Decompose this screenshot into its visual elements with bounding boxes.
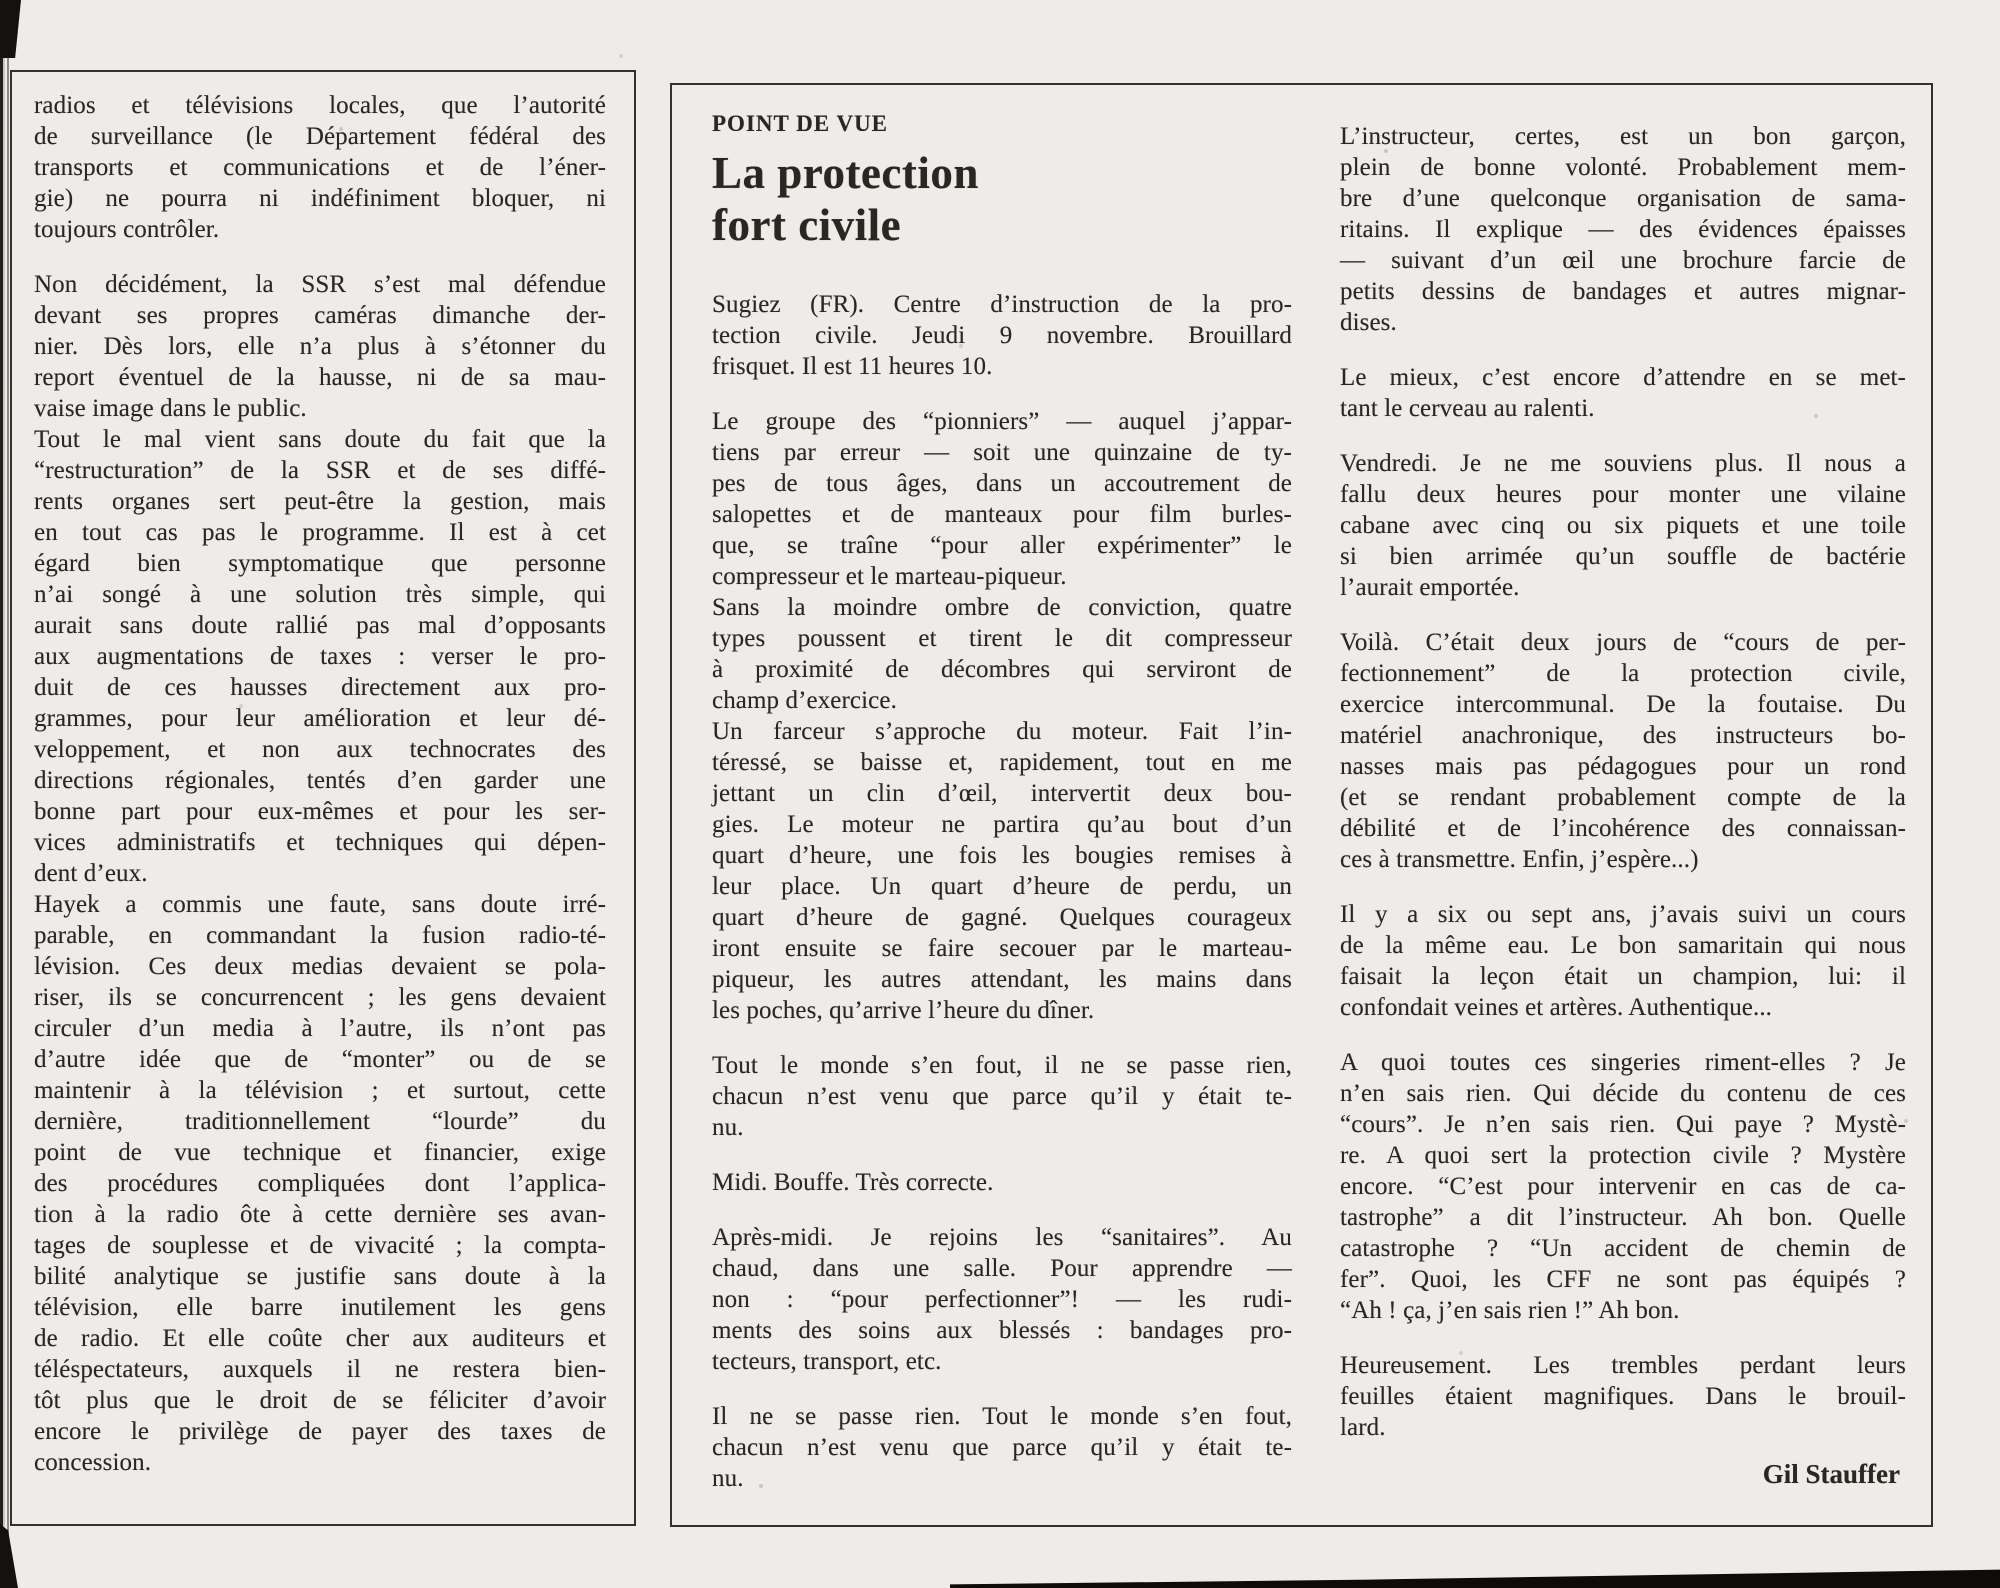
text-line: duit de ces hausses directement aux pro- — [34, 672, 606, 703]
text-line: chaud, dans une salle. Pour apprendre — — [712, 1253, 1292, 1284]
text-line: salopettes et de manteaux pour film burl… — [712, 499, 1292, 530]
text-line: catastrophe ? “Un accident de chemin de — [1340, 1233, 1906, 1264]
text-line: “cours”. Je n’en sais rien. Qui paye ? M… — [1340, 1109, 1906, 1140]
text-line: aurait sans doute rallié pas mal d’oppos… — [34, 610, 606, 641]
text-line: nasses mais pas pédagogues pour un rond — [1340, 751, 1906, 782]
byline: Gil Stauffer — [1340, 1459, 1906, 1490]
text-line: fectionnement” de la protection civile, — [1340, 658, 1906, 689]
text-line: tôt plus que le droit de se féliciter d’… — [34, 1385, 606, 1416]
text-line: point de vue technique et financier, exi… — [34, 1137, 606, 1168]
text-line: que, se traîne “pour aller expérimenter”… — [712, 530, 1292, 561]
text-line: lard. — [1340, 1412, 1906, 1443]
article-second-column: L’instructeur, certes, est un bon garçon… — [1340, 109, 1906, 1525]
paragraph: A quoi toutes ces singeries riment-elles… — [1340, 1047, 1906, 1326]
text-line: ritains. Il explique — des évidences épa… — [1340, 214, 1906, 245]
text-line: jettant un clin d’œil, intervertit deux … — [712, 778, 1292, 809]
kicker-point-de-vue: POINT DE VUE — [712, 111, 1292, 137]
text-line: veloppement, et non aux technocrates des — [34, 734, 606, 765]
text-line: vaise image dans le public. — [34, 393, 606, 424]
paragraph: Sugiez (FR). Centre d’instruction de la … — [712, 289, 1292, 382]
text-line: chacun n’est venu que parce qu’il y étai… — [712, 1081, 1292, 1112]
text-line: tion à la radio ôte à cette dernière ses… — [34, 1199, 606, 1230]
text-line: Hayek a commis une faute, sans doute irr… — [34, 889, 606, 920]
text-line: Tout le mal vient sans doute du fait que… — [34, 424, 606, 455]
text-line: Non décidément, la SSR s’est mal défendu… — [34, 269, 606, 300]
text-line: dises. — [1340, 307, 1906, 338]
text-line: lévision. Ces deux medias devaient se po… — [34, 951, 606, 982]
text-line: téléspectateurs, auxquels il ne restera … — [34, 1354, 606, 1385]
text-line: — suivant d’un œil une brochure farcie d… — [1340, 245, 1906, 276]
text-line: bilité analytique se justifie sans doute… — [34, 1261, 606, 1292]
text-line: tastrophe” a dit l’instructeur. Ah bon. … — [1340, 1202, 1906, 1233]
scan-bottom-bar-artifact — [950, 1568, 2000, 1588]
text-line: nu. — [712, 1112, 1292, 1143]
text-line: Midi. Bouffe. Très correcte. — [712, 1167, 1292, 1198]
text-line: nier. Dès lors, elle n’a plus à s’étonne… — [34, 331, 606, 362]
text-line: maintenir à la télévision ; et surtout, … — [34, 1075, 606, 1106]
text-line: gies. Le moteur ne partira qu’au bout d’… — [712, 809, 1292, 840]
text-line: confondait veines et artères. Authentiqu… — [1340, 992, 1906, 1023]
text-line: transports et communications et de l’éne… — [34, 152, 606, 183]
text-line: n’ai songé à une solution très simple, q… — [34, 579, 606, 610]
text-line: télévision, elle barre inutilement les g… — [34, 1292, 606, 1323]
text-line: nu. — [712, 1463, 1292, 1494]
text-line: frisquet. Il est 11 heures 10. — [712, 351, 1292, 382]
text-line: “Ah ! ça, j’en sais rien !” Ah bon. — [1340, 1295, 1906, 1326]
text-line: non : “pour perfectionner”! — les rudi- — [712, 1284, 1292, 1315]
paragraph: Hayek a commis une faute, sans doute irr… — [34, 889, 606, 1478]
text-line: tages de souplesse et de vivacité ; la c… — [34, 1230, 606, 1261]
text-line: ces à transmettre. Enfin, j’espère...) — [1340, 844, 1906, 875]
text-line: leur place. Un quart d’heure de perdu, u… — [712, 871, 1292, 902]
text-line: fallu deux heures pour monter une vilain… — [1340, 479, 1906, 510]
paragraph: Sans la moindre ombre de conviction, qua… — [712, 592, 1292, 716]
text-line: riser, ils se concurrencent ; les gens d… — [34, 982, 606, 1013]
text-line: matériel anachronique, des instructeurs … — [1340, 720, 1906, 751]
text-line: Voilà. C’était deux jours de “cours de p… — [1340, 627, 1906, 658]
article-title-line2: fort civile — [712, 200, 901, 250]
text-line: des procédures compliquées dont l’applic… — [34, 1168, 606, 1199]
text-line: tecteurs, transport, etc. — [712, 1346, 1292, 1377]
text-line: de surveillance (le Département fédéral … — [34, 121, 606, 152]
paragraph: radios et télévisions locales, que l’aut… — [34, 90, 606, 245]
text-line: faisait la leçon était un champion, lui:… — [1340, 961, 1906, 992]
text-line: Après-midi. Je rejoins les “sanitaires”.… — [712, 1222, 1292, 1253]
paragraph: Tout le mal vient sans doute du fait que… — [34, 424, 606, 889]
paragraph: Le groupe des “pionniers” — auquel j’app… — [712, 406, 1292, 592]
text-line: n’en sais rien. Qui décide du contenu de… — [1340, 1078, 1906, 1109]
text-line: report éventuel de la hausse, ni de sa m… — [34, 362, 606, 393]
text-line: dent d’eux. — [34, 858, 606, 889]
text-line: Tout le monde s’en fout, il ne se passe … — [712, 1050, 1292, 1081]
text-line: chacun n’est venu que parce qu’il y étai… — [712, 1432, 1292, 1463]
scanned-newspaper-page: radios et télévisions locales, que l’aut… — [0, 0, 2000, 1588]
text-line: gie) ne pourra ni indéfiniment bloquer, … — [34, 183, 606, 214]
text-line: petits dessins de bandages et autres mig… — [1340, 276, 1906, 307]
article-second-column-body: L’instructeur, certes, est un bon garçon… — [1340, 121, 1906, 1443]
text-line: tiens par erreur — soit une quinzaine de… — [712, 437, 1292, 468]
left-article-box: radios et télévisions locales, que l’aut… — [10, 70, 636, 1526]
text-line: L’instructeur, certes, est un bon garçon… — [1340, 121, 1906, 152]
text-line: Heureusement. Les trembles perdant leurs — [1340, 1350, 1906, 1381]
paragraph: Le mieux, c’est encore d’attendre en se … — [1340, 362, 1906, 424]
text-line: “restructuration” de la SSR et de ses di… — [34, 455, 606, 486]
text-line: re. A quoi sert la protection civile ? M… — [1340, 1140, 1906, 1171]
text-line: à proximité de décombres qui serviront d… — [712, 654, 1292, 685]
text-line: l’aurait emportée. — [1340, 572, 1906, 603]
paragraph: Il ne se passe rien. Tout le monde s’en … — [712, 1401, 1292, 1494]
text-line: quart d’heure de gagné. Quelques courage… — [712, 902, 1292, 933]
point-de-vue-article-box: POINT DE VUE La protectionfort civile Su… — [670, 83, 1933, 1527]
paragraph: Tout le monde s’en fout, il ne se passe … — [712, 1050, 1292, 1143]
paragraph: Heureusement. Les trembles perdant leurs… — [1340, 1350, 1906, 1443]
text-line: Vendredi. Je ne me souviens plus. Il nou… — [1340, 448, 1906, 479]
text-line: radios et télévisions locales, que l’aut… — [34, 90, 606, 121]
text-line: Sugiez (FR). Centre d’instruction de la … — [712, 289, 1292, 320]
text-line: ments des soins aux blessés : bandages p… — [712, 1315, 1292, 1346]
paragraph: Il y a six ou sept ans, j’avais suivi un… — [1340, 899, 1906, 1023]
text-line: grammes, pour leur amélioration et leur … — [34, 703, 606, 734]
text-line: compresseur et le marteau-piqueur. — [712, 561, 1292, 592]
text-line: A quoi toutes ces singeries riment-elles… — [1340, 1047, 1906, 1078]
text-line: encore le privilège de payer des taxes d… — [34, 1416, 606, 1447]
text-line: exercice intercommunal. De la foutaise. … — [1340, 689, 1906, 720]
text-line: de la même eau. Le bon samaritain qui no… — [1340, 930, 1906, 961]
paper-speckles — [0, 0, 2, 2]
text-line: champ d’exercice. — [712, 685, 1292, 716]
text-line: de radio. Et elle coûte cher aux auditeu… — [34, 1323, 606, 1354]
text-line: les poches, qu’arrive l’heure du dîner. — [712, 995, 1292, 1026]
text-line: Le mieux, c’est encore d’attendre en se … — [1340, 362, 1906, 393]
text-line: tection civile. Jeudi 9 novembre. Brouil… — [712, 320, 1292, 351]
left-article-column: radios et télévisions locales, que l’aut… — [34, 90, 606, 1478]
text-line: tant le cerveau au ralenti. — [1340, 393, 1906, 424]
text-line: Le groupe des “pionniers” — auquel j’app… — [712, 406, 1292, 437]
text-line: téressé, se baisse et, rapidement, tout … — [712, 747, 1292, 778]
text-line: circuler d’un media à l’autre, ils n’ont… — [34, 1013, 606, 1044]
text-line: (et se rendant probablement compte de la — [1340, 782, 1906, 813]
text-line: feuilles étaient magnifiques. Dans le br… — [1340, 1381, 1906, 1412]
text-line: d’autre idée que de “monter” ou de se — [34, 1044, 606, 1075]
paragraph: Midi. Bouffe. Très correcte. — [712, 1167, 1292, 1198]
paragraph: Non décidément, la SSR s’est mal défendu… — [34, 269, 606, 424]
paragraph: L’instructeur, certes, est un bon garçon… — [1340, 121, 1906, 338]
text-line: iront ensuite se faire secouer par le ma… — [712, 933, 1292, 964]
scan-corner-ink-blob — [0, 0, 21, 58]
text-line: bre d’une quelconque organisation de sam… — [1340, 183, 1906, 214]
text-line: plein de bonne volonté. Probablement mem… — [1340, 152, 1906, 183]
paragraph: Vendredi. Je ne me souviens plus. Il nou… — [1340, 448, 1906, 603]
text-line: dernière, traditionnellement “lourde” du — [34, 1106, 606, 1137]
text-line: vices administratifs et techniques qui d… — [34, 827, 606, 858]
text-line: types poussent et tirent le dit compress… — [712, 623, 1292, 654]
text-line: fer”. Quoi, les CFF ne sont pas équipés … — [1340, 1264, 1906, 1295]
text-line: encore. “C’est pour intervenir en cas de… — [1340, 1171, 1906, 1202]
article-title-line1: La protection — [712, 148, 979, 198]
text-line: Un farceur s’approche du moteur. Fait l’… — [712, 716, 1292, 747]
text-line: bonne part pour eux-mêmes et pour les se… — [34, 796, 606, 827]
text-line: cabane avec cinq ou six piquets et une t… — [1340, 510, 1906, 541]
text-line: parable, en commandant la fusion radio-t… — [34, 920, 606, 951]
text-line: rents organes sert peut-être la gestion,… — [34, 486, 606, 517]
text-line: devant ses propres caméras dimanche der- — [34, 300, 606, 331]
text-line: débilité et de l’incohérence des connais… — [1340, 813, 1906, 844]
paragraph: Voilà. C’était deux jours de “cours de p… — [1340, 627, 1906, 875]
text-line: égard bien symptomatique que personne — [34, 548, 606, 579]
text-line: Il ne se passe rien. Tout le monde s’en … — [712, 1401, 1292, 1432]
text-line: concession. — [34, 1447, 606, 1478]
article-first-column-body: Sugiez (FR). Centre d’instruction de la … — [712, 289, 1292, 1494]
text-line: piqueur, les autres attendant, les mains… — [712, 964, 1292, 995]
text-line: directions régionales, tentés d’en garde… — [34, 765, 606, 796]
text-line: toujours contrôler. — [34, 214, 606, 245]
text-line: aux augmentations de taxes : verser le p… — [34, 641, 606, 672]
paragraph: Après-midi. Je rejoins les “sanitaires”.… — [712, 1222, 1292, 1377]
text-line: Il y a six ou sept ans, j’avais suivi un… — [1340, 899, 1906, 930]
text-line: quart d’heure, une fois les bougies remi… — [712, 840, 1292, 871]
text-line: en tout cas pas le programme. Il est à c… — [34, 517, 606, 548]
article-title: La protectionfort civile — [712, 147, 1292, 251]
text-line: si bien arrimée qu’un souffle de bactéri… — [1340, 541, 1906, 572]
article-first-column: POINT DE VUE La protectionfort civile Su… — [712, 109, 1292, 1525]
text-line: pes de tous âges, dans un accoutrement d… — [712, 468, 1292, 499]
paragraph: Un farceur s’approche du moteur. Fait l’… — [712, 716, 1292, 1026]
text-line: Sans la moindre ombre de conviction, qua… — [712, 592, 1292, 623]
